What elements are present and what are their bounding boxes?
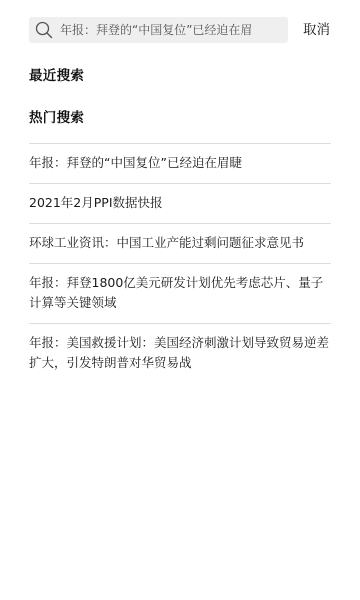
hot-search-item[interactable]: 年报：美国救援计划：美国经济刺激计划导致贸易逆差扩大，引发特朗普对华贸易战	[29, 324, 331, 383]
search-input[interactable]: 年报：拜登的“中国复位”已经迫在眉	[60, 17, 288, 43]
hot-search-item[interactable]: 2021年2月PPI数据快报	[29, 184, 331, 223]
hot-search-list: 年报：拜登的“中国复位”已经迫在眉睫 2021年2月PPI数据快报 环球工业资讯…	[29, 143, 331, 383]
search-icon	[35, 21, 53, 39]
hot-search-item[interactable]: 年报：拜登1800亿美元研发计划优先考虑芯片、量子计算等关键领域	[29, 264, 331, 323]
recent-searches-title: 最近搜索	[29, 64, 84, 84]
cancel-button[interactable]: 取消	[303, 17, 330, 43]
hot-search-item[interactable]: 年报：拜登的“中国复位”已经迫在眉睫	[29, 144, 331, 183]
hot-searches-title: 热门搜索	[29, 106, 84, 126]
search-page: 年报：拜登的“中国复位”已经迫在眉 取消 最近搜索 热门搜索 年报：拜登的“中国…	[0, 0, 360, 600]
search-box[interactable]: 年报：拜登的“中国复位”已经迫在眉	[29, 17, 288, 43]
hot-search-item[interactable]: 环球工业资讯：中国工业产能过剩问题征求意见书	[29, 224, 331, 263]
search-header: 年报：拜登的“中国复位”已经迫在眉 取消	[29, 17, 360, 43]
